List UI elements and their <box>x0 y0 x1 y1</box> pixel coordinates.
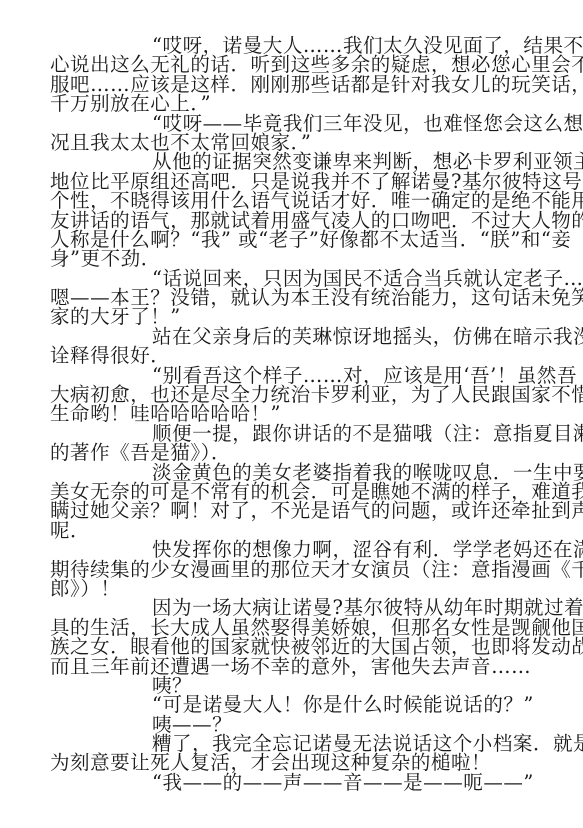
text-line: 友讲话的语气，那就试着用盛气凌人的口吻吧．不过大人物的第一 <box>50 211 530 230</box>
text-line: 为刻意要让死人复活，才会出现这种复杂的槌啦！ <box>50 753 530 772</box>
text-line: 身”更不劲． <box>50 249 530 268</box>
text-line: 生命哟！哇哈哈哈哈哈！” <box>50 404 530 423</box>
text-line: 快发挥你的想像力啊，涩谷有利．学学老妈还在满心 <box>50 540 530 559</box>
text-line: 的著作《吾是猫》）． <box>50 443 530 462</box>
text-line: 因为一场大病让诺曼?基尔彼特从幼年时期就过着戴面 <box>50 598 530 617</box>
text-line: 家的大牙了！” <box>50 307 530 326</box>
text-line: 族之女．眼看他的国家就快被邻近的大国占领，也即将发动战争． <box>50 637 530 656</box>
text-line: 诠释得很好． <box>50 346 530 365</box>
text-line: 而且三年前还遭遇一场不幸的意外，害他失去声音…… <box>50 657 530 676</box>
text-line: 瞒过她父亲？啊！对了，不光是语气的问题，或许还牵扯到声音 <box>50 501 530 520</box>
text-line: 千万别放在心上．” <box>50 94 530 113</box>
text-line: 期待续集的少女漫画里的那位天才女演员（注：意指漫画《千面女 <box>50 560 530 579</box>
text-line: 从他的证据突然变谦卑来判断，想必卡罗利亚领主的 <box>50 152 530 171</box>
text-line: 心说出这么无礼的话．听到这些多余的疑虑，想必您心里会不太舒 <box>50 55 530 74</box>
text-line: “我——的——声——音——是——呃——” <box>50 773 530 792</box>
document-page: “哎呀，诺曼大人……我们太久没见面了，结果不小心说出这么无礼的话．听到这些多余的… <box>50 36 530 792</box>
text-line: “可是诺曼大人！你是什么时候能说话的？” <box>50 695 530 714</box>
text-line: 个性，不晓得该用什么语气说话才好．唯一确定的是绝不能用跟朋 <box>50 191 530 210</box>
